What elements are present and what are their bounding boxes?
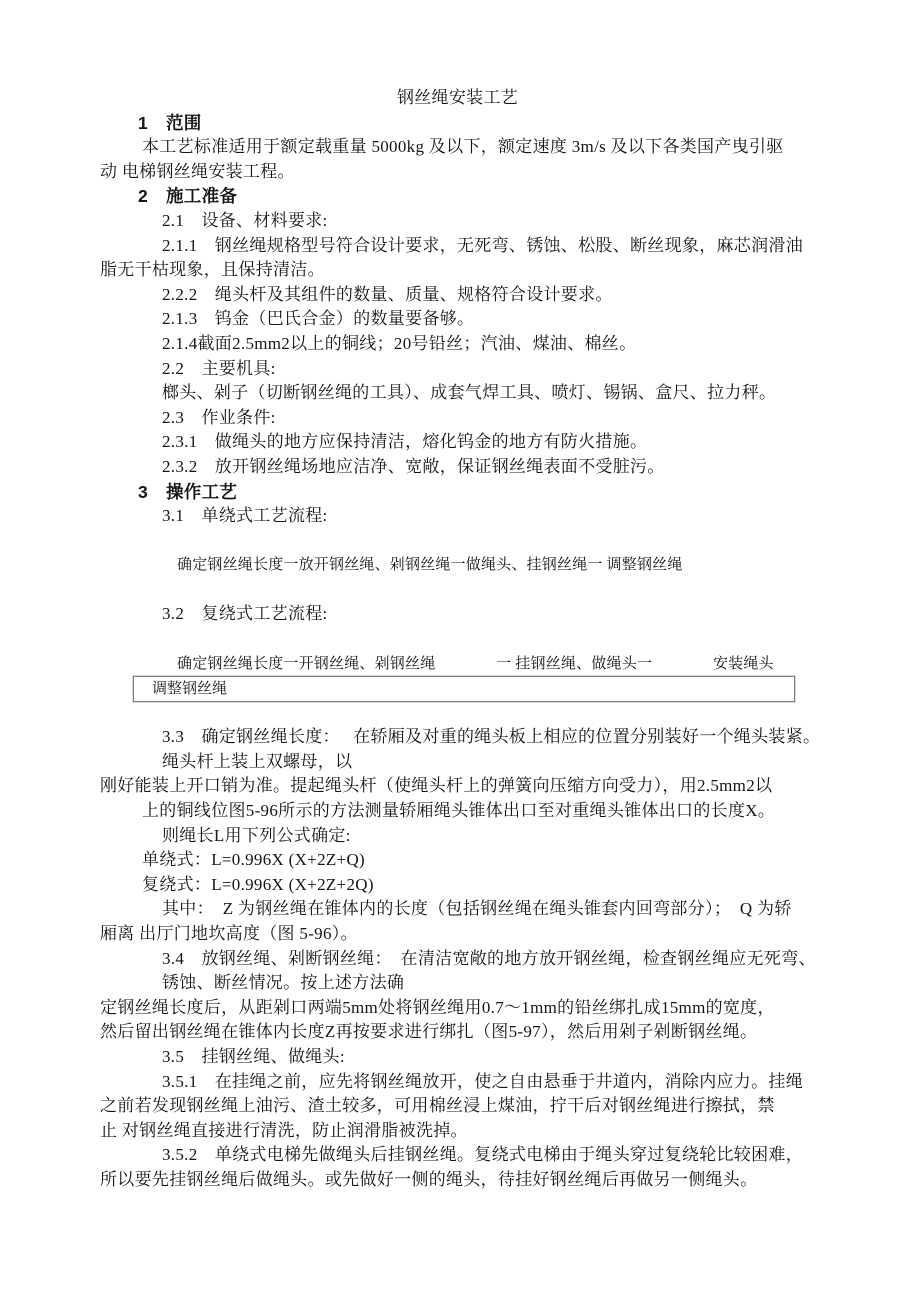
section-3-title: 操作工艺 xyxy=(166,482,237,502)
section-3-heading: 3操作工艺 xyxy=(100,480,815,505)
item-2-3-1: 2.3.1 做绳头的地方应保持清洁，熔化钨金的地方有防火措施。 xyxy=(100,430,815,455)
double-wrap-flow-line: 确定钢丝绳长度一开钢丝绳、剁钢丝绳 一 挂钢丝绳、做绳头一 安装绳头 xyxy=(100,652,815,677)
item-2-2-tools: 榔头、剁子（切断钢丝绳的工具）、成套气焊工具、喷灯、锡锅、盒尺、拉力秤。 xyxy=(100,381,815,406)
item-3-3-line3: 刚好能装上开口销为准。提起绳头杆（使绳头杆上的弹簧向压缩方向受力），用2.5mm… xyxy=(100,774,815,799)
item-2-1: 2.1 设备、材料要求: xyxy=(100,209,815,234)
item-3-5: 3.5 挂钢丝绳、做绳头: xyxy=(100,1045,815,1070)
item-3-5-1-line2: 之前若发现钢丝绳上油污、渣土较多，可用棉丝浸上煤油，拧干后对钢丝绳进行擦拭，禁 xyxy=(100,1094,815,1119)
formula-single-wrap: 单绕式：L=0.996X (X+2Z+Q) xyxy=(100,848,815,873)
item-2-2-2: 2.2.2 绳头杆及其组件的数量、质量、规格符合设计要求。 xyxy=(100,283,815,308)
blank-row xyxy=(100,529,815,554)
item-3-4-line3: 定钢丝绳长度后，从距剁口两端5mm处将钢丝绳用0.7～1mm的铅丝绑扎成15mm… xyxy=(100,996,815,1021)
item-2-1-4: 2.1.4截面2.5mm2以上的铜线；20号铅丝；汽油、煤油、棉丝。 xyxy=(100,332,815,357)
adjust-rope-box: 调整钢丝绳 xyxy=(133,676,795,702)
section-1-heading: 1范围 xyxy=(100,111,815,136)
section-2-title: 施工准备 xyxy=(166,186,237,206)
item-3-4-line4: 然后留出钢丝绳在锥体内长度Z再按要求进行绑扎（图5-97），然后用剁子剁断钢丝绳… xyxy=(100,1020,815,1045)
blank-row xyxy=(100,578,815,603)
item-3-1: 3.1 单绕式工艺流程: xyxy=(100,504,815,529)
item-3-4-line2: 锈蚀、断丝情况。按上述方法确 xyxy=(100,971,815,996)
item-3-3-line2: 绳头杆上装上双螺母，以 xyxy=(100,750,815,775)
formula-note-line2: 厢离 出厅门地坎高度（图 5-96）。 xyxy=(100,922,815,947)
item-3-3-line1: 3.3 确定钢丝绳长度： 在轿厢及对重的绳头板上相应的位置分别装好一个绳头装紧。 xyxy=(100,725,815,750)
formula-double-wrap: 复绕式：L=0.996X (X+2Z+2Q) xyxy=(100,873,815,898)
section-2-heading: 2施工准备 xyxy=(100,184,815,209)
item-2-1-3: 2.1.3 钨金（巴氏合金）的数量要备够。 xyxy=(100,307,815,332)
section-2-number: 2 xyxy=(138,184,166,209)
document-page: 钢丝绳安装工艺 1范围 本工艺标准适用于额定载重量 5000kg 及以下，额定速… xyxy=(0,0,920,1302)
formula-note-line1: 其中： Z 为钢丝绳在锥体内的长度（包括钢丝绳在绳头锥套内回弯部分）； Q 为轿 xyxy=(100,897,815,922)
single-wrap-flow-line: 确定钢丝绳长度一放开钢丝绳、剁钢丝绳一做绳头、挂钢丝绳一 调整钢丝绳 xyxy=(100,553,815,578)
item-3-5-1-line3: 止 对钢丝绳直接进行清洗，防止润滑脂被洗掉。 xyxy=(100,1119,815,1144)
section-3-number: 3 xyxy=(138,480,166,505)
item-3-2: 3.2 复绕式工艺流程: xyxy=(100,602,815,627)
blank-row xyxy=(100,627,815,652)
item-3-3-line5: 则绳长L用下列公式确定: xyxy=(100,824,815,849)
adjust-rope-box-label: 调整钢丝绳 xyxy=(152,681,227,697)
item-2-1-1-line2: 脂无干枯现象，且保持清洁。 xyxy=(100,258,815,283)
item-3-5-2-line1: 3.5.2 单绕式电梯先做绳头后挂钢丝绳。复绕式电梯由于绳头穿过复绕轮比较困难， xyxy=(100,1143,815,1168)
item-2-3-2: 2.3.2 放开钢丝绳场地应洁净、宽敞，保证钢丝绳表面不受脏污。 xyxy=(100,455,815,480)
section-1-number: 1 xyxy=(138,111,166,136)
item-3-3-line4: 上的铜线位图5-96所示的方法测量轿厢绳头锥体出口至对重绳头锥体出口的长度X。 xyxy=(100,799,815,824)
item-3-5-1-line1: 3.5.1 在挂绳之前，应先将钢丝绳放开，使之自由悬垂于井道内，消除内应力。挂绳 xyxy=(100,1070,815,1095)
doc-title: 钢丝绳安装工艺 xyxy=(100,86,815,111)
item-2-1-1-line1: 2.1.1 钢丝绳规格型号符合设计要求，无死弯、锈蚀、松股、断丝现象，麻芯润滑油 xyxy=(100,234,815,259)
item-3-5-2-line2: 所以要先挂钢丝绳后做绳头。或先做好一侧的绳头，待挂好钢丝绳后再做另一侧绳头。 xyxy=(100,1168,815,1193)
item-2-2: 2.2 主要机具: xyxy=(100,357,815,382)
item-3-4-line1: 3.4 放钢丝绳、剁断钢丝绳： 在清洁宽敞的地方放开钢丝绳，检查钢丝绳应无死弯、 xyxy=(100,947,815,972)
scope-paragraph-line2: 动 电梯钢丝绳安装工程。 xyxy=(100,160,815,185)
scope-paragraph-line1: 本工艺标准适用于额定载重量 5000kg 及以下，额定速度 3m/s 及以下各类… xyxy=(100,135,815,160)
item-2-3: 2.3 作业条件: xyxy=(100,406,815,431)
section-1-title: 范围 xyxy=(166,113,202,133)
